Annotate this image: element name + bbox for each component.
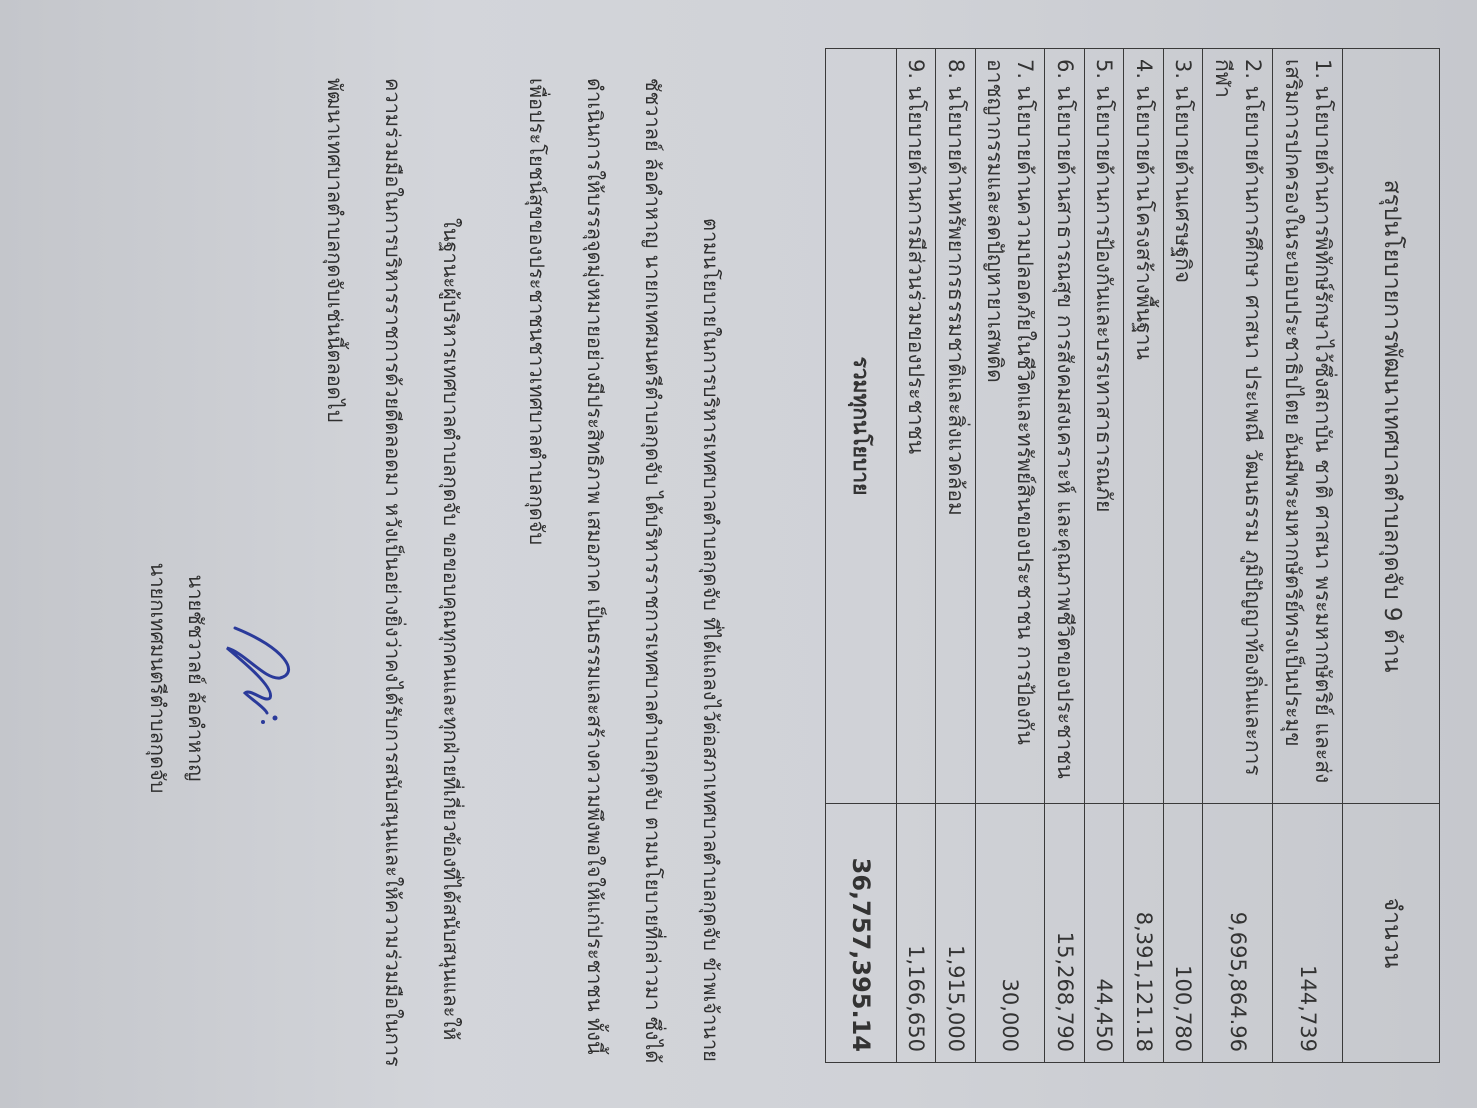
- policy-amount: 8,391,121.18: [1124, 804, 1163, 1063]
- policy-amount: 15,268,790: [1045, 804, 1084, 1063]
- paragraph-thanks: ในฐานะผู้บริหารเทศบาลตำบลกุดจับ ขอขอบคุณ…: [306, 78, 480, 1078]
- policy-label: 7. นโยบายด้านความปลอดภัยในชีวิตและทรัพย์…: [975, 49, 1045, 804]
- policy-amount: 144,739: [1273, 804, 1343, 1063]
- table-row: 2. นโยบายด้านการศึกษา ศาสนา ประเพณี วัฒน…: [1203, 49, 1273, 1063]
- signature-mark: [215, 468, 305, 888]
- policy-amount: 30,000: [975, 804, 1045, 1063]
- signature-block: นายชัชวาลย์ ล้อคำหาญ นายกเทศมนตรีตำบลกุด…: [139, 468, 305, 888]
- document-page: สรุปนโยบายการพัฒนาเทศบาลตำบลกุดจับ 9 ด้า…: [90, 28, 1440, 1088]
- signer-name: นายชัชวาลย์ ล้อคำหาญ: [177, 468, 215, 888]
- paragraph-text: ในฐานะผู้บริหารเทศบาลตำบลกุดจับ ขอขอบคุณ…: [323, 78, 463, 1067]
- policy-label: 9. นโยบายด้านการมีส่วนร่วมของประชาชน: [896, 49, 935, 804]
- total-label: รวมทุกนโยบาย: [825, 49, 896, 804]
- table-header-row: สรุปนโยบายการพัฒนาเทศบาลตำบลกุดจับ 9 ด้า…: [1343, 49, 1440, 1063]
- policy-summary-table: สรุปนโยบายการพัฒนาเทศบาลตำบลกุดจับ 9 ด้า…: [825, 48, 1440, 1063]
- policy-amount: 44,450: [1084, 804, 1123, 1063]
- table-row: 3. นโยบายด้านเศรษฐกิจ100,780: [1163, 49, 1202, 1063]
- handwritten-signature-icon: [215, 618, 305, 728]
- policy-label: 3. นโยบายด้านเศรษฐกิจ: [1163, 49, 1202, 804]
- policy-label: 1. นโยบายด้านการพิทักษ์รักษาไว้ซึ่งสถาบั…: [1273, 49, 1343, 804]
- policy-amount: 100,780: [1163, 804, 1202, 1063]
- policy-amount: 1,166,650: [896, 804, 935, 1063]
- table-body: 1. นโยบายด้านการพิทักษ์รักษาไว้ซึ่งสถาบั…: [825, 49, 1342, 1063]
- table-row: 5. นโยบายด้านการป้องกันและบรรเทาสาธารณภั…: [1084, 49, 1123, 1063]
- total-amount: 36,757,395.14: [825, 804, 896, 1063]
- page-content: สรุปนโยบายการพัฒนาเทศบาลตำบลกุดจับ 9 ด้า…: [90, 28, 1440, 1088]
- paragraph-text: ตามนโยบายในการบริหารเทศบาลตำบลกุดจับ ที่…: [525, 78, 723, 1063]
- policy-amount: 9,695,864.96: [1203, 804, 1273, 1063]
- signer-position: นายกเทศมนตรีตำบลกุดจับ: [139, 468, 177, 888]
- policy-label: 6. นโยบายด้านสาธารณสุข การสังคมสงเคราะห์…: [1045, 49, 1084, 804]
- header-amount: จำนวน: [1343, 804, 1440, 1063]
- table-row: 9. นโยบายด้านการมีส่วนร่วมของประชาชน1,16…: [896, 49, 935, 1063]
- paragraph-policy-report: ตามนโยบายในการบริหารเทศบาลตำบลกุดจับ ที่…: [508, 78, 740, 1078]
- policy-label: 8. นโยบายด้านทรัพยากรธรรมชาติและสิ่งแวดล…: [936, 49, 975, 804]
- header-policy: สรุปนโยบายการพัฒนาเทศบาลตำบลกุดจับ 9 ด้า…: [1343, 49, 1440, 804]
- policy-label: 5. นโยบายด้านการป้องกันและบรรเทาสาธารณภั…: [1084, 49, 1123, 804]
- table-row: 1. นโยบายด้านการพิทักษ์รักษาไว้ซึ่งสถาบั…: [1273, 49, 1343, 1063]
- table-row: 8. นโยบายด้านทรัพยากรธรรมชาติและสิ่งแวดล…: [936, 49, 975, 1063]
- policy-label: 4. นโยบายด้านโครงสร้างพื้นฐาน: [1124, 49, 1163, 804]
- table-row: 4. นโยบายด้านโครงสร้างพื้นฐาน8,391,121.1…: [1124, 49, 1163, 1063]
- table-row: 6. นโยบายด้านสาธารณสุข การสังคมสงเคราะห์…: [1045, 49, 1084, 1063]
- total-row: รวมทุกนโยบาย 36,757,395.14: [825, 49, 896, 1063]
- policy-amount: 1,915,000: [936, 804, 975, 1063]
- policy-label: 2. นโยบายด้านการศึกษา ศาสนา ประเพณี วัฒน…: [1203, 49, 1273, 804]
- table-row: 7. นโยบายด้านความปลอดภัยในชีวิตและทรัพย์…: [975, 49, 1045, 1063]
